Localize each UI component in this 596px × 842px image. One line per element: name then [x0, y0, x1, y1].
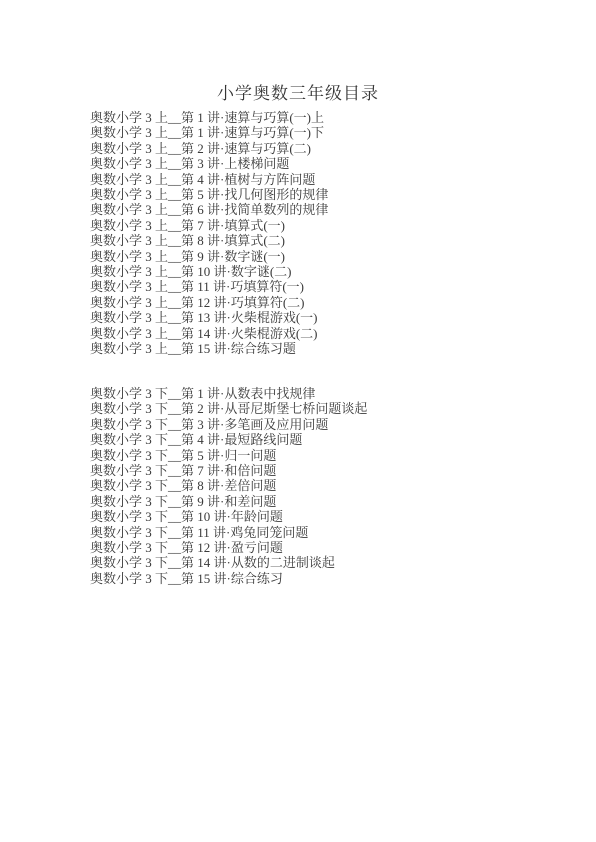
toc-line: 奥数小学 3 上__第 3 讲·上楼梯问题 [90, 156, 556, 171]
toc-line: 奥数小学 3 下__第 9 讲·和差问题 [90, 494, 556, 509]
toc-line: 奥数小学 3 上__第 11 讲·巧填算符(一) [90, 279, 556, 294]
toc-line: 奥数小学 3 下__第 1 讲·从数表中找规律 [90, 386, 556, 401]
toc-line: 奥数小学 3 上__第 10 讲·数字谜(二) [90, 264, 556, 279]
toc-section-volume1: 奥数小学 3 上__第 1 讲·速算与巧算(一)上奥数小学 3 上__第 1 讲… [90, 110, 556, 357]
toc-line: 奥数小学 3 上__第 4 讲·植树与方阵问题 [90, 172, 556, 187]
toc-line: 奥数小学 3 下__第 14 讲·从数的二进制谈起 [90, 555, 556, 570]
toc-section-volume2: 奥数小学 3 下__第 1 讲·从数表中找规律奥数小学 3 下__第 2 讲·从… [90, 386, 556, 586]
toc-line: 奥数小学 3 上__第 1 讲·速算与巧算(一)下 [90, 125, 556, 140]
page-title: 小学奥数三年级目录 [0, 79, 596, 104]
toc-line: 奥数小学 3 下__第 15 讲·综合练习 [90, 571, 556, 586]
toc-line: 奥数小学 3 上__第 14 讲·火柴棍游戏(二) [90, 326, 556, 341]
toc-line: 奥数小学 3 上__第 9 讲·数字谜(一) [90, 249, 556, 264]
toc-line: 奥数小学 3 下__第 3 讲·多笔画及应用问题 [90, 417, 556, 432]
toc-line: 奥数小学 3 下__第 5 讲·归一问题 [90, 448, 556, 463]
toc-line: 奥数小学 3 上__第 13 讲·火柴棍游戏(一) [90, 310, 556, 325]
toc-line: 奥数小学 3 下__第 8 讲·差倍问题 [90, 478, 556, 493]
document-page: 小学奥数三年级目录 奥数小学 3 上__第 1 讲·速算与巧算(一)上奥数小学 … [0, 0, 596, 842]
toc-line: 奥数小学 3 下__第 12 讲·盈亏问题 [90, 540, 556, 555]
toc-line: 奥数小学 3 上__第 8 讲·填算式(二) [90, 233, 556, 248]
toc-line: 奥数小学 3 上__第 15 讲·综合练习题 [90, 341, 556, 356]
toc-line: 奥数小学 3 上__第 6 讲·找简单数列的规律 [90, 202, 556, 217]
toc-line: 奥数小学 3 上__第 5 讲·找几何图形的规律 [90, 187, 556, 202]
toc-line: 奥数小学 3 上__第 7 讲·填算式(一) [90, 218, 556, 233]
toc-line: 奥数小学 3 上__第 1 讲·速算与巧算(一)上 [90, 110, 556, 125]
toc-line: 奥数小学 3 上__第 2 讲·速算与巧算(二) [90, 141, 556, 156]
toc-line: 奥数小学 3 下__第 11 讲·鸡兔同笼问题 [90, 525, 556, 540]
toc-line: 奥数小学 3 下__第 7 讲·和倍问题 [90, 463, 556, 478]
toc-line: 奥数小学 3 下__第 2 讲·从哥尼斯堡七桥问题谈起 [90, 401, 556, 416]
toc-line: 奥数小学 3 下__第 10 讲·年龄问题 [90, 509, 556, 524]
toc-line: 奥数小学 3 上__第 12 讲·巧填算符(二) [90, 295, 556, 310]
toc-line: 奥数小学 3 下__第 4 讲·最短路线问题 [90, 432, 556, 447]
